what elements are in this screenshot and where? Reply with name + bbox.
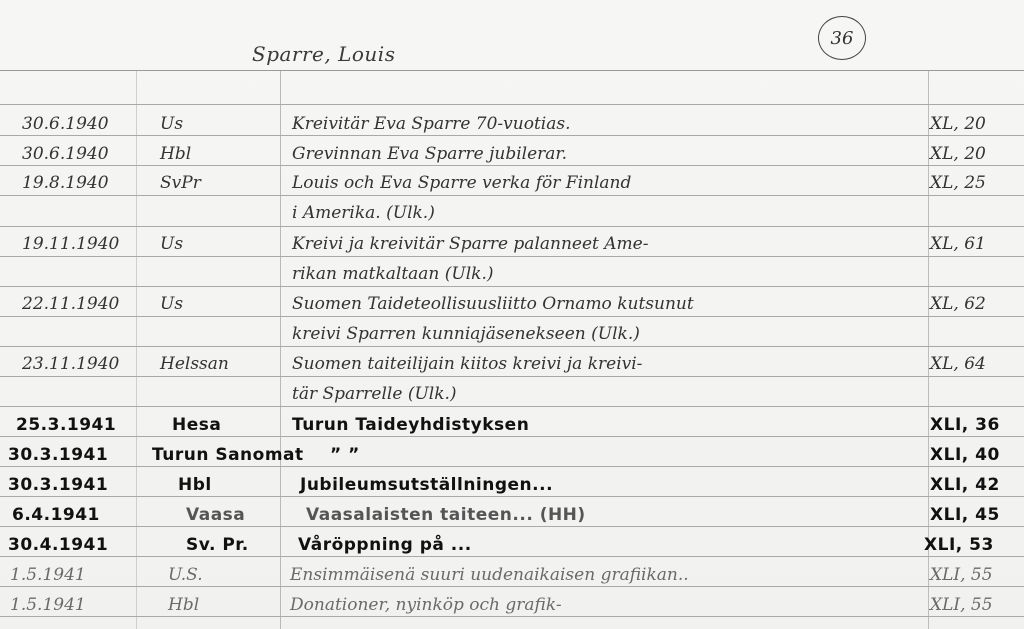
ruled-line (0, 316, 1024, 317)
entry-source: U.S. (168, 565, 203, 585)
page-number-circle: 36 (818, 16, 866, 60)
entry-description-continued: tär Sparrelle (Ulk.) (292, 384, 457, 404)
entry-description-continued: i Amerika. (Ulk.) (292, 203, 435, 223)
entry-description: Kreivitär Eva Sparre 70-vuotias. (292, 114, 571, 134)
entry-date: 25.3.1941 (16, 415, 116, 435)
entry-description: Grevinnan Eva Sparre jubilerar. (292, 144, 567, 164)
entry-source: Us (160, 234, 183, 254)
entry-reference: XL, 20 (930, 144, 986, 164)
entry-description: Louis och Eva Sparre verka för Finland (292, 173, 631, 193)
entry-reference: XLI, 36 (930, 415, 1000, 435)
entry-reference: XL, 64 (930, 354, 986, 374)
entry-description-continued: kreivi Sparren kunniajäsenekseen (Ulk.) (292, 324, 640, 344)
page-number: 36 (831, 28, 854, 49)
ruled-line (0, 556, 1024, 557)
ruled-line (0, 376, 1024, 377)
entry-date: 30.4.1941 (8, 535, 108, 555)
ruled-line (0, 586, 1024, 587)
entry-date: 30.3.1941 (8, 445, 108, 465)
entry-date: 1.5.1941 (10, 565, 86, 585)
ruled-line (0, 135, 1024, 136)
ruled-line (0, 526, 1024, 527)
entry-source: Us (160, 294, 183, 314)
ruled-line (0, 466, 1024, 467)
entry-description: ” ” (330, 445, 360, 465)
entry-source: SvPr (160, 173, 201, 193)
entry-source: Us (160, 114, 183, 134)
entry-description: Donationer, nyinköp och grafik- (290, 595, 562, 615)
entry-reference: XL, 20 (930, 114, 986, 134)
entry-reference: XLI, 53 (924, 535, 994, 555)
ruled-line (0, 406, 1024, 407)
entry-date: 22.11.1940 (22, 294, 119, 314)
entry-date: 1.5.1941 (10, 595, 86, 615)
entry-description: Jubileumsutställningen... (300, 475, 553, 495)
ruled-line (0, 616, 1024, 617)
entry-date: 6.4.1941 (12, 505, 100, 525)
ruled-line (0, 496, 1024, 497)
entry-description: Vaasalaisten taiteen... (HH) (306, 505, 586, 525)
entry-description: Suomen taiteilijain kiitos kreivi ja kre… (292, 354, 642, 374)
entry-date: 19.11.1940 (22, 234, 119, 254)
entry-date: 23.11.1940 (22, 354, 119, 374)
ruled-line (0, 256, 1024, 257)
entry-source: Vaasa (186, 505, 245, 525)
entry-description: Turun Taideyhdistyksen (292, 415, 529, 435)
column-rule-source (280, 70, 281, 629)
entry-reference: XL, 25 (930, 173, 986, 193)
ruled-line (0, 104, 1024, 105)
ruled-line (0, 195, 1024, 196)
entry-reference: XLI, 45 (930, 505, 1000, 525)
entry-date: 19.8.1940 (22, 173, 109, 193)
ruled-line (0, 165, 1024, 166)
card-subject-name: Sparre, Louis (252, 42, 395, 66)
entry-source: Helssan (160, 354, 229, 374)
entry-date: 30.6.1940 (22, 144, 109, 164)
entry-source: Hbl (168, 595, 199, 615)
ruled-line (0, 346, 1024, 347)
ruled-line (0, 436, 1024, 437)
entry-source: Turun Sanomat (152, 445, 304, 465)
entry-description: Ensimmäisenä suuri uudenaikaisen grafiik… (290, 565, 689, 585)
entry-reference: XLI, 40 (930, 445, 1000, 465)
column-rule-date (136, 70, 137, 629)
entry-reference: XL, 61 (930, 234, 986, 254)
entry-reference: XLI, 42 (930, 475, 1000, 495)
entry-source: Hbl (160, 144, 191, 164)
entry-description: Suomen Taideteollisuusliitto Ornamo kuts… (292, 294, 694, 314)
entry-description-continued: rikan matkaltaan (Ulk.) (292, 264, 494, 284)
entry-source: Hesa (172, 415, 221, 435)
entry-date: 30.3.1941 (8, 475, 108, 495)
entry-reference: XL, 62 (930, 294, 986, 314)
entry-source: Hbl (178, 475, 212, 495)
ruled-line (0, 286, 1024, 287)
index-card: Sparre, Louis 36 30.6.1940 Us Kreivitär … (0, 0, 1024, 629)
entry-reference: XLI, 55 (930, 565, 993, 585)
ruled-line (0, 70, 1024, 71)
entry-source: Sv. Pr. (186, 535, 249, 555)
entry-description: Kreivi ja kreivitär Sparre palanneet Ame… (292, 234, 648, 254)
entry-date: 30.6.1940 (22, 114, 109, 134)
entry-reference: XLI, 55 (930, 595, 993, 615)
ruled-line (0, 226, 1024, 227)
entry-description: Våröppning på ... (298, 535, 472, 555)
